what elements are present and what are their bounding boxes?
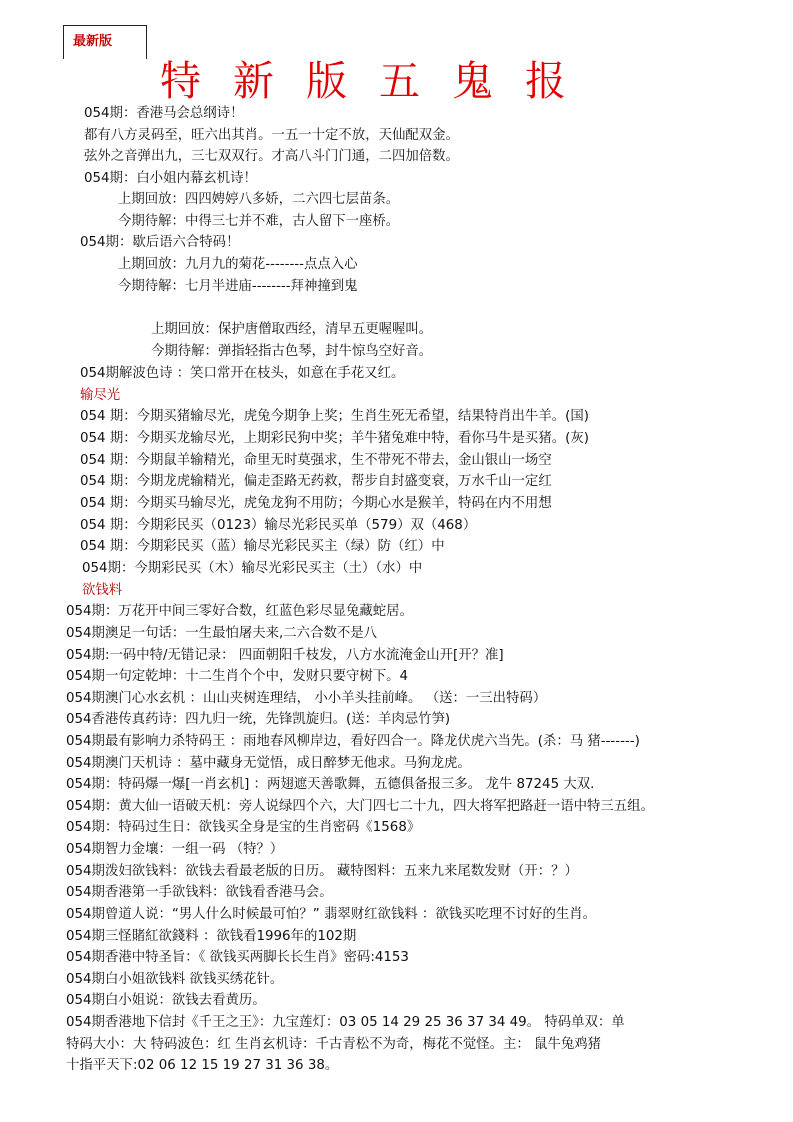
text-line: 054期解波色诗 ：笑口常开在枝头，如意在手花又红。 — [80, 365, 404, 383]
text-line: 054 期：今期龙虎输精光，偏走歪路无药救，帮步自封盛变衰，万水千山一定红 — [80, 473, 552, 491]
title-char: 版 — [306, 48, 379, 107]
page-title: 特新版五鬼报 — [160, 48, 598, 107]
text-line: 054香港传真药诗：四九归一统，先锋凯旋归。(送：羊肉忌竹笋) — [66, 711, 450, 729]
text-line: 054期澳门天机诗 ：墓中藏身无觉悟，成日醉梦无他求。马狗龙虎。 — [66, 755, 471, 773]
section-heading: 欲钱料 — [82, 582, 122, 600]
text-line: 054期一句定乾坤：十二生肖个个中，发财只要守树下。4 — [66, 668, 408, 686]
text-line: 今期待解：弹指轻指古色琴，封牛惊鸟空好音。 — [151, 343, 432, 361]
text-line: 054期白小姐欲钱料 欲钱买绣花针。 — [66, 971, 283, 989]
title-char: 新 — [233, 48, 306, 107]
text-line: 054期：黄大仙一语破天机：旁人说绿四个六，大门四七二十九，四大将军把路赶一语中… — [66, 798, 654, 816]
text-line: 054 期：今期买马输尽光，虎兔龙狗不用防；今期心水是猴羊，特码在内不用想 — [80, 495, 552, 513]
text-line: 弦外之音弹出九，三七双双行。才高八斗门门通，二四加倍数。 — [84, 148, 459, 166]
text-line: 054期:一码中特/无错记录： 四面朝阳千枝发，八方水流淹金山开[开？准] — [66, 647, 504, 665]
text-line: 054期：特码爆一爆[一肖玄机] ：两翅遮天善歌舞，五德俱备报三多。 龙牛 87… — [66, 776, 594, 794]
text-line: 054期澳足一句话：一生最怕屠夫来,二六合数不是八 — [66, 625, 377, 643]
text-line: 054期香港中特圣旨：《 欲钱买两脚长长生肖》密码:4153 — [66, 949, 409, 967]
text-line: 054期：歇后语六合特码！ — [80, 234, 239, 252]
text-line: 054 期：今期买猪输尽光，虎兔今期争上奖；生肖生死无希望，结果特肖出牛羊。(国… — [80, 408, 589, 426]
text-line: 054期泼妇欲钱料：欲钱去看最老版的日历。 藏特图料：五来九来尾数发财（开：？） — [66, 863, 578, 881]
title-char: 鬼 — [452, 48, 525, 107]
text-line: 054期三怪賭紅欲錢料 ：欲钱看1996年的102期 — [66, 928, 356, 946]
text-line: 054期智力金壤：一组一码 （特？） — [66, 841, 283, 859]
text-line: 054期：白小姐内幕玄机诗！ — [84, 170, 257, 188]
text-line: 054期：万花开中间三零好合数，红蓝色彩尽显兔藏蛇居。 — [66, 603, 413, 621]
text-line: 054期白小姐说：欲钱去看黄历。 — [66, 992, 266, 1010]
text-line: 054期香港地下信封《千王之王》：九宝莲灯：03 05 14 29 25 36 … — [66, 1014, 625, 1032]
text-line: 054期：特码过生日：欲钱买全身是宝的生肖密码《1568》 — [66, 819, 420, 837]
text-line: 上期回放：四四娉婷八多娇，二六四七层苗条。 — [118, 191, 399, 209]
text-line: 今期待解：七月半进庙--------拜神撞到鬼 — [118, 278, 358, 296]
title-char: 五 — [379, 48, 452, 107]
title-char: 报 — [525, 48, 598, 107]
text-line: 054期澳门心水玄机 ：山山夹树连理结， 小小羊头挂前峰。 （送：一三出特码） — [66, 690, 546, 708]
text-line: 特码大小：大 特码波色：红 生肖玄机诗：千古青松不为奇，梅花不觉怪。主： 鼠牛兔… — [66, 1036, 601, 1054]
text-line: 054 期：今期买龙输尽光，上期彩民狗中奖；羊牛猪兔难中特，看你马牛是买猪。(灰… — [80, 430, 589, 448]
text-line: 054期香港第一手欲钱料：欲钱看香港马会。 — [66, 884, 333, 902]
title-char: 特 — [160, 48, 233, 107]
badge-label: 最新版 — [73, 30, 112, 49]
text-line: 054期：香港马会总纲诗！ — [84, 105, 243, 123]
latest-edition-badge: 最新版 — [63, 25, 147, 59]
text-line: 054期曾道人说：“男人什么时候最可怕？” 翡翠财红欲钱料 ：欲钱买吃理不讨好的… — [66, 906, 596, 924]
text-line: 上期回放：保护唐僧取西经，清早五更喔喔叫。 — [151, 321, 432, 339]
text-line: 054期：今期彩民买（木）输尽光彩民买主（土）（水）中 — [82, 560, 422, 578]
text-line: 054 期：今期彩民买（蓝）输尽光彩民买主（绿）防（红）中 — [80, 538, 445, 556]
text-line: 054 期：今期彩民买（0123）输尽光彩民买单（579）双（468） — [80, 517, 476, 535]
text-line: 都有八方灵码至，旺六出其肖。一五一十定不放，天仙配双金。 — [84, 127, 459, 145]
text-line: 054 期：今期鼠羊输精光，命里无时莫强求，生不带死不带去，金山银山一场空 — [80, 452, 552, 470]
section-heading: 输尽光 — [80, 387, 120, 405]
text-line: 十指平天下:02 06 12 15 19 27 31 36 38。 — [66, 1057, 338, 1075]
text-line: 054期最有影响力杀特码王 ：雨地春风柳岸边，看好四合一。降龙伏虎六当先。(杀：… — [66, 733, 640, 751]
text-line: 上期回放：九月九的菊花--------点点入心 — [118, 256, 358, 274]
text-line: 今期待解：中得三七并不难，古人留下一座桥。 — [118, 213, 399, 231]
